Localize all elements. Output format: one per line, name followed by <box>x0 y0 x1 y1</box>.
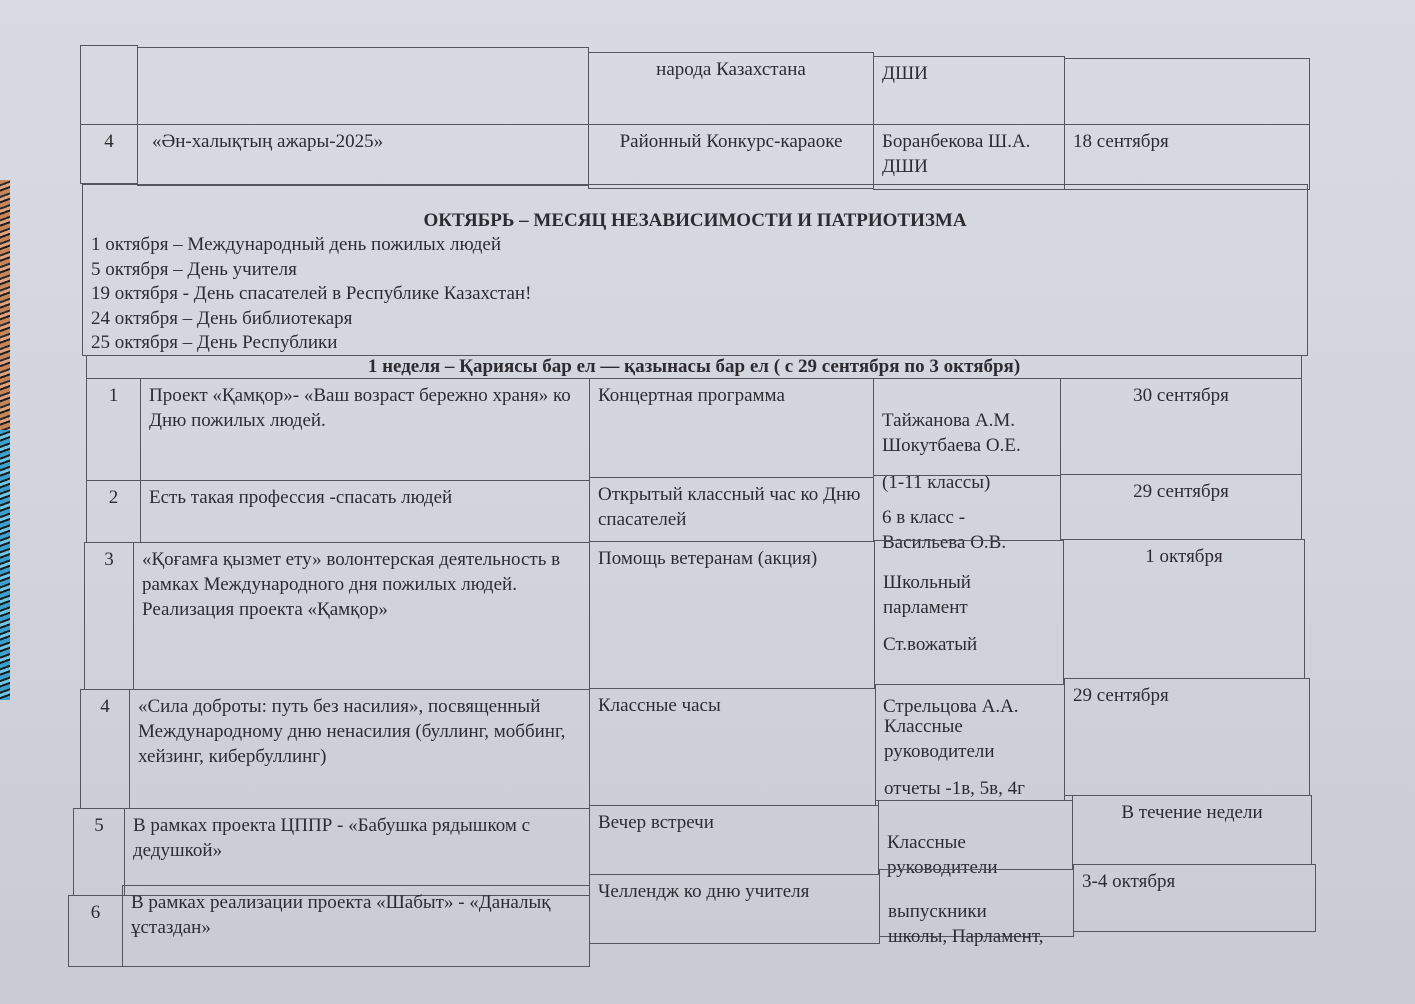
cell-responsible: выпускники школы, Парламент, <box>879 869 1074 937</box>
cell-num: 1 <box>86 378 141 481</box>
holiday-item: 5 октября – День учителя <box>83 258 1307 283</box>
cell-title: Проект «Қамқор»- «Ваш возраст бережно хр… <box>140 378 590 481</box>
cell-num: 2 <box>86 480 141 543</box>
cell-form: Классные часы <box>589 688 876 806</box>
cell-num: 3 <box>84 542 134 690</box>
cell-title: «Қоғамға қызмет ету» волонтерская деятел… <box>133 542 590 690</box>
cell-num: 6 <box>68 895 123 967</box>
cell-form: Помощь ветеранам (акция) <box>589 541 875 689</box>
cell-form: Челлендж ко дню учителя <box>589 874 880 944</box>
cell-title: «Ән-халықтың ажары-2025» <box>137 124 589 186</box>
holiday-item: 24 октября – День библиотекаря <box>83 307 1307 332</box>
responsible-line: отчеты -1в, 5в, 4г <box>884 776 1056 801</box>
cell-date: 18 сентября <box>1064 124 1310 190</box>
cell-num <box>80 45 138 125</box>
cell-title <box>137 47 589 125</box>
cell-responsible: Школьный парламент Ст.вожатый Стрельцова… <box>874 540 1064 685</box>
cell-form: Концертная программа <box>589 378 874 478</box>
cell-form: Районный Конкурс-караоке <box>588 124 874 189</box>
cell-form: Открытый классный час ко Дню спасателей <box>589 477 874 542</box>
responsible-line: выпускники школы, Парламент, <box>888 901 1043 947</box>
week-header: 1 неделя – Қариясы бар ел — қазынасы бар… <box>86 355 1302 379</box>
cell-responsible: Классные руководители <box>878 800 1073 870</box>
document-page: народа Казахстана ДШИ 4 «Ән-халықтың ажа… <box>0 0 1415 1004</box>
responsible-line: Классные руководители <box>884 716 995 762</box>
responsible-line: Ст.вожатый <box>883 632 1055 657</box>
cell-num: 5 <box>73 808 125 896</box>
cell-date: 30 сентября <box>1060 378 1302 475</box>
cell-form: народа Казахстана <box>588 52 874 125</box>
cell-title: «Сила доброты: путь без насилия», посвящ… <box>129 689 590 809</box>
cell-date <box>1064 58 1310 125</box>
cell-date: 3-4 октября <box>1073 864 1316 932</box>
cell-responsible: Боранбекова Ш.А. ДШИ <box>873 124 1065 190</box>
cell-date: 1 октября <box>1063 539 1305 679</box>
cell-responsible: 6 в класс - Васильева О.В. <box>873 475 1061 541</box>
cell-form: Вечер встречи <box>589 805 879 875</box>
cell-num: 4 <box>80 689 130 809</box>
holiday-item: 1 октября – Международный день пожилых л… <box>83 233 1307 258</box>
cell-num: 4 <box>80 124 138 184</box>
cell-date: 29 сентября <box>1060 474 1302 540</box>
cell-responsible: ДШИ <box>873 56 1065 125</box>
responsible-line: Школьный парламент <box>883 572 971 618</box>
holiday-item: 19 октября - День спасателей в Республик… <box>83 282 1307 307</box>
responsible-line: Тайжанова А.М. Шокутбаева О.Е. <box>882 410 1021 456</box>
cell-date: 29 сентября <box>1064 678 1310 796</box>
cell-responsible: Классные руководители отчеты -1в, 5в, 4г <box>875 684 1065 801</box>
cell-title: В рамках проекта ЦППР - «Бабушка рядышко… <box>124 808 590 896</box>
cell-title: В рамках реализации проекта «Шабыт» - «Д… <box>122 885 590 967</box>
cell-responsible: Тайжанова А.М. Шокутбаева О.Е. (1-11 кла… <box>873 378 1061 476</box>
cell-title: Есть такая профессия -спасать людей <box>140 480 590 543</box>
month-title: ОКТЯБРЬ – МЕСЯЦ НЕЗАВИСИМОСТИ И ПАТРИОТИ… <box>83 209 1307 233</box>
month-section: ОКТЯБРЬ – МЕСЯЦ НЕЗАВИСИМОСТИ И ПАТРИОТИ… <box>82 184 1308 356</box>
cell-date: В течение недели <box>1072 795 1312 865</box>
holiday-item: 25 октября – День Республики <box>83 331 1307 356</box>
